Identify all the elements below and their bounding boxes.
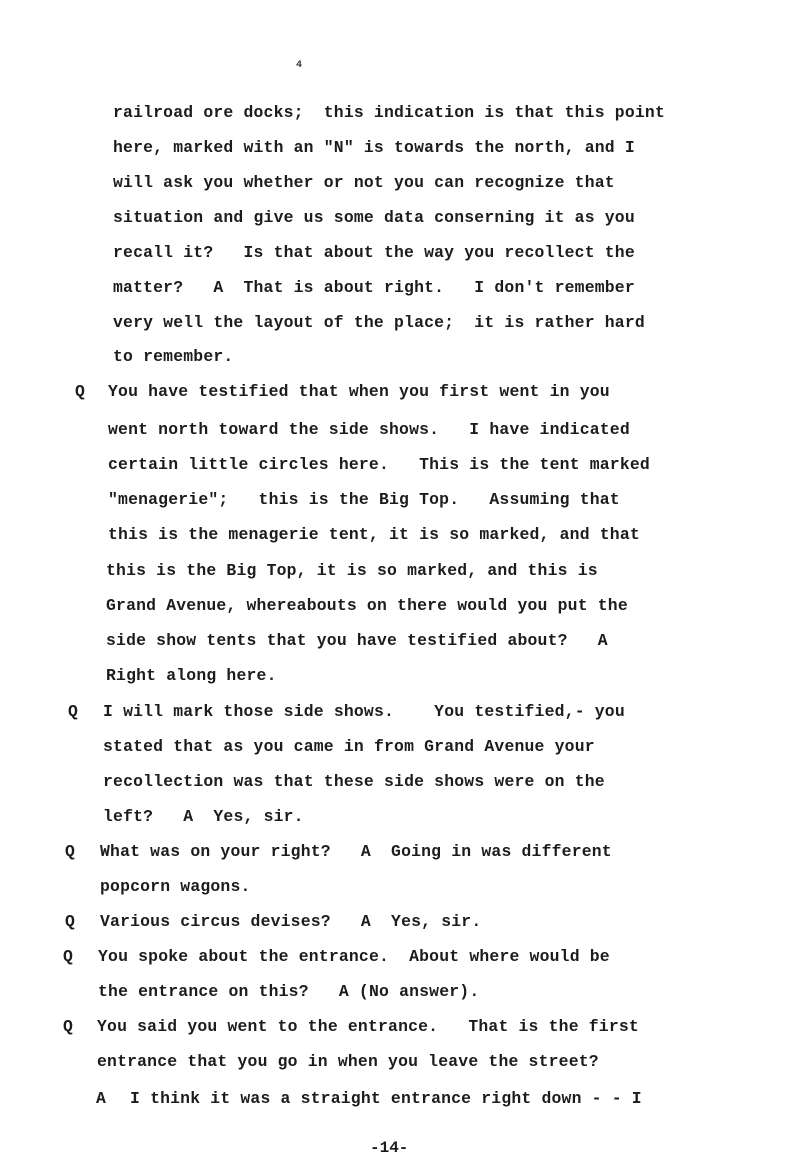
transcript-line: I think it was a straight entrance right… [130,1089,642,1109]
transcript-line: Grand Avenue, whereabouts on there would… [106,596,628,616]
transcript-line: matter? A That is about right. I don't r… [113,278,635,298]
transcript-line: went north toward the side shows. I have… [108,420,630,440]
transcript-line: this is the Big Top, it is so marked, an… [106,561,598,581]
transcript-line: this is the menagerie tent, it is so mar… [108,525,640,545]
transcript-line: entrance that you go in when you leave t… [97,1052,599,1072]
answer-marker: A [96,1089,106,1109]
transcript-line: to remember. [113,347,233,367]
transcript-line: here, marked with an "N" is towards the … [113,138,635,158]
transcript-line: certain little circles here. This is the… [108,455,650,475]
transcript-line: You said you went to the entrance. That … [97,1017,639,1037]
question-marker: Q [65,912,75,932]
transcript-line: railroad ore docks; this indication is t… [113,103,665,123]
transcript-line: "menagerie"; this is the Big Top. Assumi… [108,490,620,510]
transcript-line: stated that as you came in from Grand Av… [103,737,595,757]
transcript-line: recollection was that these side shows w… [103,772,605,792]
question-marker: Q [65,842,75,862]
question-marker: Q [75,382,85,402]
transcript-line: will ask you whether or not you can reco… [113,173,615,193]
transcript-line: You spoke about the entrance. About wher… [98,947,610,967]
transcript-line: recall it? Is that about the way you rec… [113,243,635,263]
question-marker: Q [68,702,78,722]
transcript-line: Various circus devises? A Yes, sir. [100,912,481,932]
page-mark: 4 [296,60,302,71]
transcript-line: I will mark those side shows. You testif… [103,702,625,722]
transcript-page: 4 railroad ore docks; this indication is… [0,0,800,1167]
transcript-line: the entrance on this? A (No answer). [98,982,479,1002]
transcript-line: You have testified that when you first w… [108,382,610,402]
transcript-line: side show tents that you have testified … [106,631,608,651]
page-number: -14- [370,1138,408,1158]
question-marker: Q [63,947,73,967]
transcript-line: very well the layout of the place; it is… [113,313,645,333]
transcript-line: situation and give us some data conserni… [113,208,635,228]
question-marker: Q [63,1017,73,1037]
transcript-line: popcorn wagons. [100,877,251,897]
transcript-line: Right along here. [106,666,277,686]
transcript-line: left? A Yes, sir. [103,807,304,827]
transcript-line: What was on your right? A Going in was d… [100,842,612,862]
